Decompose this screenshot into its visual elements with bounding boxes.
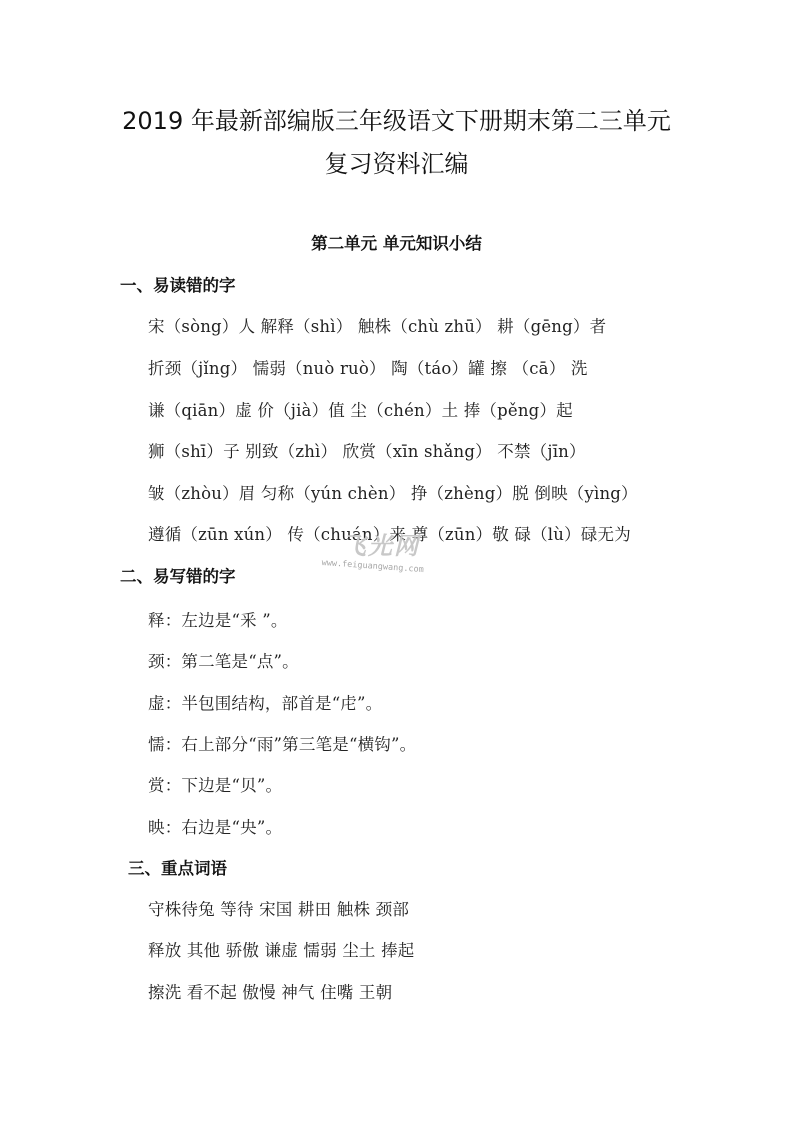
writing-note-line: 颈：第二笔是“点”。 [148,648,299,672]
unit-heading: 第二单元 单元知识小结 [0,230,793,254]
writing-note-line: 赏：下边是“贝”。 [148,772,282,796]
writing-note-line: 映：右边是“央”。 [148,814,282,838]
vocabulary-line: 擦洗 看不起 傲慢 神气 住嘴 王朝 [148,979,392,1003]
pinyin-line: 宋（sòng）人 解释（shì） 触株（chù zhū） 耕（gēng）者 [148,313,606,337]
document-title-line-2: 复习资料汇编 [0,144,793,179]
pinyin-line: 折颈（jǐng） 懦弱（nuò ruò） 陶（táo）罐 擦 （cā） 洗 [148,355,588,379]
pinyin-line: 遵循（zūn xún） 传（chuán）来 尊（zūn）敬 碌（lù）碌无为 [148,521,631,545]
section-heading-miswritten-characters: 二、易写错的字 [120,563,236,587]
writing-note-line: 虚：半包围结构，部首是“虍”。 [148,690,382,714]
vocabulary-line: 守株待兔 等待 宋国 耕田 触株 颈部 [148,896,409,920]
pinyin-line: 皱（zhòu）眉 匀称（yún chèn） 挣（zhèng）脱 倒映（yìng） [148,480,638,504]
section-heading-key-words: 三、重点词语 [128,855,227,879]
section-heading-misread-characters: 一、易读错的字 [120,272,236,296]
writing-note-line: 释：左边是“釆 ”。 [148,607,288,631]
writing-note-line: 懦：右上部分“雨”第三笔是“横钩”。 [148,731,416,755]
document-title-line-1: 2019 年最新部编版三年级语文下册期末第二三单元 [0,101,793,136]
watermark-url: www.feiguangwang.com [321,558,424,575]
pinyin-line: 谦（qiān）虚 价（jià）值 尘（chén）土 捧（pěng）起 [148,397,573,421]
vocabulary-line: 释放 其他 骄傲 谦虚 懦弱 尘土 捧起 [148,937,414,961]
pinyin-line: 狮（shī）子 别致（zhì） 欣赏（xīn shǎng） 不禁（jīn） [148,438,586,462]
